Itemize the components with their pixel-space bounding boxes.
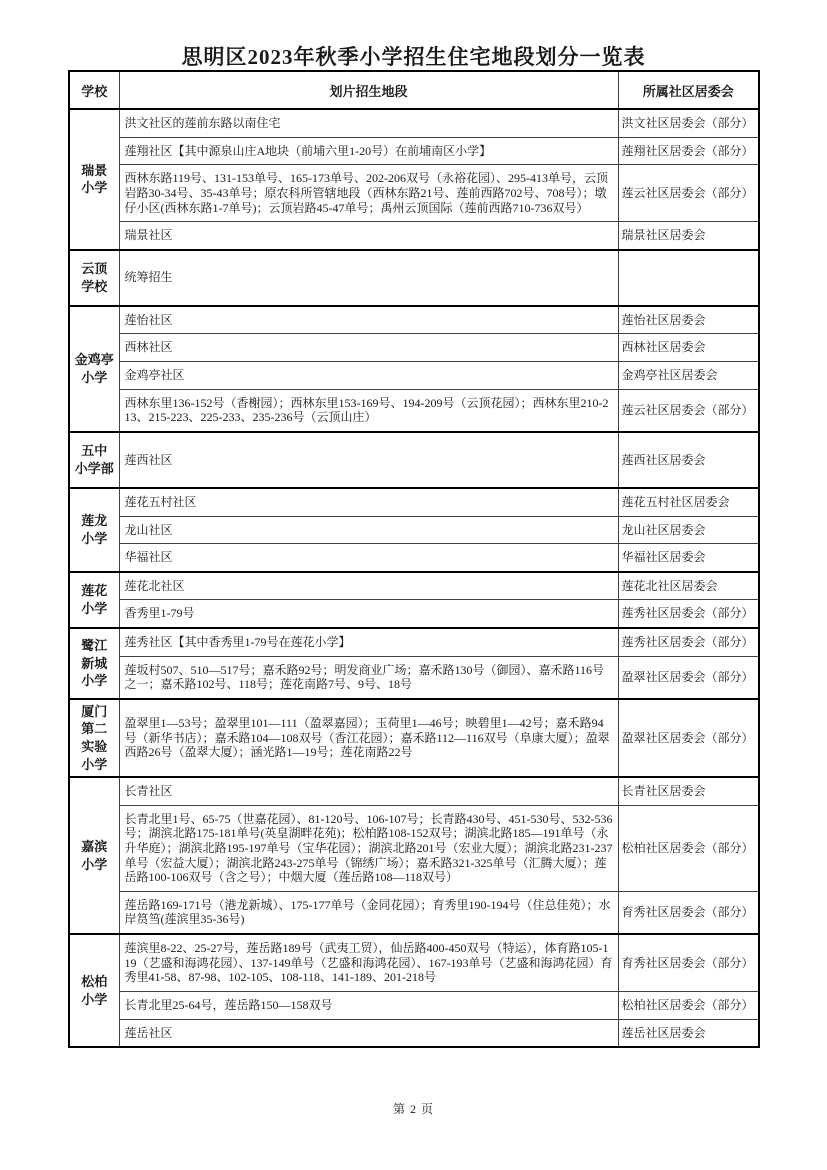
table-header-row: 学校 划片招生地段 所属社区居委会	[69, 71, 759, 109]
zone-cell: 长青北里1号、65-75（世嘉花园）、81-120号、106-107号；长青路4…	[119, 805, 618, 891]
table-row: 莲龙 小学 莲花五村社区 莲花五村社区居委会	[69, 488, 759, 516]
table-row: 香秀里1-79号 莲秀社区居委会（部分）	[69, 600, 759, 628]
zone-cell: 洪文社区的莲前东路以南住宅	[119, 109, 618, 137]
committee-cell: 莲云社区居委会（部分）	[618, 165, 759, 222]
school-cell: 金鸡亭 小学	[69, 306, 119, 432]
table-row: 金鸡亭社区 金鸡亭社区居委会	[69, 362, 759, 390]
zone-cell: 统筹招生	[119, 250, 618, 306]
committee-cell: 瑞景社区居委会	[618, 222, 759, 250]
table-row: 莲岳社区 莲岳社区居委会	[69, 1019, 759, 1047]
table-row: 华福社区 华福社区居委会	[69, 544, 759, 572]
committee-cell: 育秀社区居委会（部分）	[618, 891, 759, 934]
zone-cell: 盈翠里1—53号；盈翠里101—111（盈翠嘉园）；玉荷里1—46号；映碧里1—…	[119, 699, 618, 777]
zone-cell: 西林东路119号、131-153单号、165-173单号、202-206双号（永…	[119, 165, 618, 222]
school-cell: 鹭江 新城 小学	[69, 628, 119, 699]
committee-cell: 龙山社区居委会	[618, 516, 759, 544]
committee-cell: 莲云社区居委会（部分）	[618, 389, 759, 432]
zone-cell: 龙山社区	[119, 516, 618, 544]
header-zone: 划片招生地段	[119, 71, 618, 109]
table-row: 松柏 小学 莲滨里8-22、25-27号，莲岳路189号（武夷工贸），仙岳路40…	[69, 934, 759, 991]
committee-cell: 莲西社区居委会	[618, 432, 759, 488]
table-row: 长青北里1号、65-75（世嘉花园）、81-120号、106-107号；长青路4…	[69, 805, 759, 891]
table-row: 鹭江 新城 小学 莲秀社区【其中香秀里1-79号在莲花小学】 莲秀社区居委会（部…	[69, 628, 759, 656]
table-row: 金鸡亭 小学 莲怡社区 莲怡社区居委会	[69, 306, 759, 334]
school-cell: 松柏 小学	[69, 934, 119, 1047]
table-row: 西林社区 西林社区居委会	[69, 334, 759, 362]
committee-cell: 西林社区居委会	[618, 334, 759, 362]
committee-cell: 莲翔社区居委会（部分）	[618, 137, 759, 165]
school-cell: 厦门 第二 实验 小学	[69, 699, 119, 777]
table-row: 莲坂村507、510—517号；嘉禾路92号；明发商业广场；嘉禾路130号（御园…	[69, 656, 759, 699]
committee-cell: 洪文社区居委会（部分）	[618, 109, 759, 137]
committee-cell: 莲岳社区居委会	[618, 1019, 759, 1047]
committee-cell: 金鸡亭社区居委会	[618, 362, 759, 390]
table-row: 五中 小学部 莲西社区 莲西社区居委会	[69, 432, 759, 488]
zone-cell: 莲西社区	[119, 432, 618, 488]
header-committee: 所属社区居委会	[618, 71, 759, 109]
zone-cell: 莲坂村507、510—517号；嘉禾路92号；明发商业广场；嘉禾路130号（御园…	[119, 656, 618, 699]
zone-cell: 香秀里1-79号	[119, 600, 618, 628]
committee-cell: 华福社区居委会	[618, 544, 759, 572]
table-row: 瑞景 小学 洪文社区的莲前东路以南住宅 洪文社区居委会（部分）	[69, 109, 759, 137]
committee-cell: 莲花北社区居委会	[618, 572, 759, 600]
zone-cell: 莲花五村社区	[119, 488, 618, 516]
zone-cell: 莲滨里8-22、25-27号，莲岳路189号（武夷工贸），仙岳路400-450双…	[119, 934, 618, 991]
zone-cell: 华福社区	[119, 544, 618, 572]
committee-cell: 松柏社区居委会（部分）	[618, 991, 759, 1019]
committee-cell: 盈翠社区居委会（部分）	[618, 656, 759, 699]
zone-cell: 长青北里25-64号，莲岳路150—158双号	[119, 991, 618, 1019]
zone-cell: 金鸡亭社区	[119, 362, 618, 390]
committee-cell: 松柏社区居委会（部分）	[618, 805, 759, 891]
zone-cell: 瑞景社区	[119, 222, 618, 250]
committee-cell: 育秀社区居委会（部分）	[618, 934, 759, 991]
enrollment-zone-table: 学校 划片招生地段 所属社区居委会 瑞景 小学 洪文社区的莲前东路以南住宅 洪文…	[68, 70, 760, 1048]
table-row: 云顶 学校 统筹招生	[69, 250, 759, 306]
school-cell: 莲花 小学	[69, 572, 119, 628]
table-row: 西林东路119号、131-153单号、165-173单号、202-206双号（永…	[69, 165, 759, 222]
header-school: 学校	[69, 71, 119, 109]
zone-cell: 莲岳社区	[119, 1019, 618, 1047]
zone-cell: 西林社区	[119, 334, 618, 362]
zone-cell: 长青社区	[119, 777, 618, 805]
zone-cell: 莲怡社区	[119, 306, 618, 334]
committee-cell: 莲秀社区居委会（部分）	[618, 628, 759, 656]
committee-cell: 长青社区居委会	[618, 777, 759, 805]
committee-cell: 莲怡社区居委会	[618, 306, 759, 334]
zone-cell: 莲秀社区【其中香秀里1-79号在莲花小学】	[119, 628, 618, 656]
zone-cell: 莲花北社区	[119, 572, 618, 600]
table-row: 嘉滨 小学 长青社区 长青社区居委会	[69, 777, 759, 805]
school-cell: 莲龙 小学	[69, 488, 119, 572]
school-cell: 瑞景 小学	[69, 109, 119, 250]
table-row: 瑞景社区 瑞景社区居委会	[69, 222, 759, 250]
table-row: 莲花 小学 莲花北社区 莲花北社区居委会	[69, 572, 759, 600]
committee-cell: 莲秀社区居委会（部分）	[618, 600, 759, 628]
committee-cell: 盈翠社区居委会（部分）	[618, 699, 759, 777]
table-row: 长青北里25-64号，莲岳路150—158双号 松柏社区居委会（部分）	[69, 991, 759, 1019]
table-row: 龙山社区 龙山社区居委会	[69, 516, 759, 544]
zone-cell: 西林东里136-152号（香榭园）；西林东里153-169号、194-209号（…	[119, 389, 618, 432]
committee-cell	[618, 250, 759, 306]
zone-cell: 莲翔社区【其中源泉山庄A地块（前埔六里1-20号）在前埔南区小学】	[119, 137, 618, 165]
page-title: 思明区2023年秋季小学招生住宅地段划分一览表	[0, 41, 827, 71]
table-row: 莲翔社区【其中源泉山庄A地块（前埔六里1-20号）在前埔南区小学】 莲翔社区居委…	[69, 137, 759, 165]
table-row: 西林东里136-152号（香榭园）；西林东里153-169号、194-209号（…	[69, 389, 759, 432]
school-cell: 五中 小学部	[69, 432, 119, 488]
table-row: 厦门 第二 实验 小学 盈翠里1—53号；盈翠里101—111（盈翠嘉园）；玉荷…	[69, 699, 759, 777]
table-row: 莲岳路169-171号（港龙新城）、175-177单号（金同花园）；育秀里190…	[69, 891, 759, 934]
committee-cell: 莲花五村社区居委会	[618, 488, 759, 516]
page-number: 第 2 页	[0, 1100, 827, 1117]
zone-cell: 莲岳路169-171号（港龙新城）、175-177单号（金同花园）；育秀里190…	[119, 891, 618, 934]
school-cell: 云顶 学校	[69, 250, 119, 306]
school-cell: 嘉滨 小学	[69, 777, 119, 934]
